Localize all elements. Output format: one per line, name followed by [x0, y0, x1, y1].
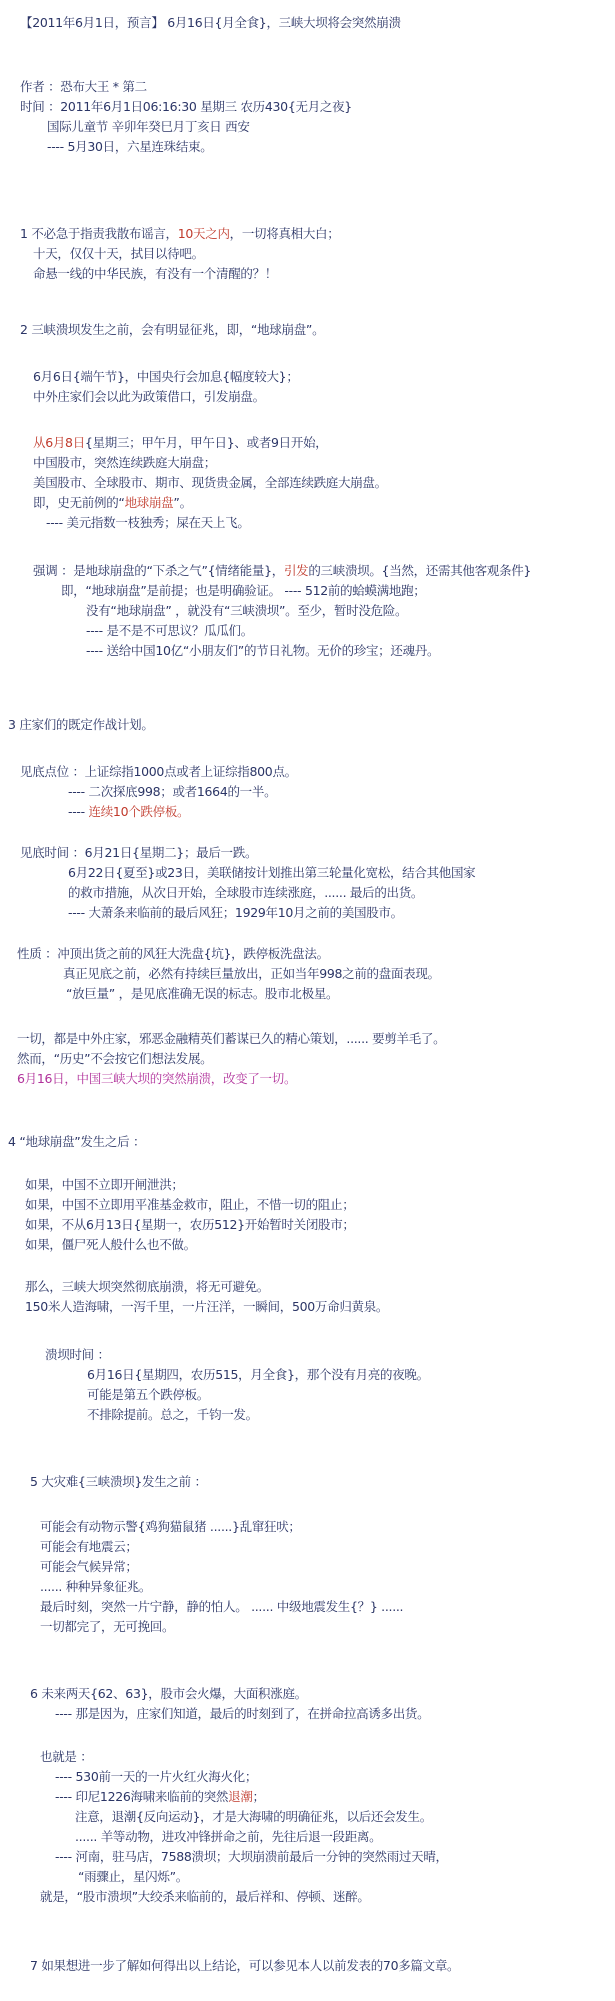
highlight-ebb-tide: 退潮 — [228, 1789, 252, 1804]
section-3-line: 然而，“历史”不会按它们想法发展。 — [17, 1050, 212, 1068]
section-5-line: 可能会气候异常； — [40, 1558, 138, 1576]
section-1-line: 十天，仅仅十天，拭目以待吧。 — [33, 245, 204, 263]
note-line: ---- 5月30日，六星连珠结束。 — [47, 138, 212, 156]
highlight-trigger: 引发 — [284, 563, 308, 578]
section-6-line: “雨骤止，星闪烁”。 — [78, 1868, 188, 1886]
highlight-dam-collapse: 6月16日，中国三峡大坝的突然崩溃，改变了一切。 — [17, 1070, 296, 1088]
emphasis-line: 即，“地球崩盘”是前提；也是明确验证。 ---- 512前的蛤蟆满地跑； — [61, 582, 426, 600]
emphasis-line: ---- 是不是不可思议？瓜瓜们。 — [86, 622, 253, 640]
section-2-line: 从6月8日{星期三；甲午月，甲午日}、或者9日开始， — [33, 434, 327, 452]
section-4-line: 如果，不从6月13日{星期一，农历512}开始暂时关闭股市； — [25, 1216, 355, 1234]
section-6-line: ---- 530前一天的一片火红火海火化； — [55, 1768, 257, 1786]
section-3-line: 见底时间 ：6月21日{星期二}；最后一跌。 — [20, 844, 257, 862]
section-3-line: “放巨量” ，是见底准确无误的标志。股市北极星。 — [66, 985, 338, 1003]
section-3-line: 的救市措施，从次日开始，全球股市连续涨庭，...... 最后的出货。 — [68, 884, 423, 902]
section-3-line: 见底点位 ：上证综指1000点或者上证综指800点。 — [20, 763, 297, 781]
section-7-heading: 7 如果想进一步了解如何得出以上结论，可以参见本人以前发表的70多篇文章。 — [30, 1957, 459, 1975]
text-span: ---- — [68, 804, 89, 819]
section-4-line: 6月16日{星期四，农历515，月全食}，那个没有月亮的夜晚。 — [87, 1366, 429, 1384]
section-6-heading: 6 未来两天{62、63}，股市会火爆，大面积涨庭。 — [30, 1685, 307, 1703]
section-4-line: 如果，中国不立即开闸泄洪； — [25, 1176, 184, 1194]
text-span: {星期三；甲午月，甲午日}、或者9日开始， — [85, 435, 328, 450]
text-span: 强调 ：是地球崩盘的“下杀之气”{情绪能量}， — [33, 563, 284, 578]
section-6-line: ...... 羊等动物，进攻冲锋拼命之前，先往后退一段距离。 — [75, 1828, 381, 1846]
section-3-line: 性质 ：冲顶出货之前的风狂大洗盘{坑}，跌停板洗盘法。 — [17, 945, 329, 963]
section-4-line: 如果，中国不立即用平准基金救市，阻止，不惜一切的阻止； — [25, 1196, 354, 1214]
section-2-line: 即，史无前例的“地球崩盘”。 — [33, 494, 192, 512]
text-span: ”。 — [173, 495, 191, 510]
section-4-line: 那么，三峡大坝突然彻底崩溃，将无可避免。 — [25, 1278, 269, 1296]
text-span: 即，史无前例的“ — [33, 495, 125, 510]
author-line: 作者 ：恐布大王 * 第二 — [20, 78, 147, 96]
section-4-line: 150米人造海啸，一泻千里，一片汪洋，一瞬间，500万命归黄泉。 — [25, 1298, 388, 1316]
section-3-line: 真正见底之前，必然有持续巨量放出，正如当年998之前的盘面表现。 — [63, 965, 440, 983]
section-5-line: 可能会有地震云； — [40, 1538, 138, 1556]
section-2-line: 中外庄家们会以此为政策借口，引发崩盘。 — [33, 388, 265, 406]
section-5-line: 最后时刻，突然一片宁静，静的怕人。 ...... 中级地震发生{？} .....… — [40, 1598, 403, 1616]
section-6-line: ---- 河南，驻马店，7588溃坝；大坝崩溃前最后一分钟的突然雨过天晴， — [55, 1848, 448, 1866]
section-2-line: 6月6日{端午节}，中国央行会加息{幅度较大}； — [33, 368, 299, 386]
section-4-line: 如果，僵尸死人般什么也不做。 — [25, 1236, 196, 1254]
section-5-line: ...... 种种异象征兆。 — [40, 1578, 151, 1596]
section-4-heading: 4 “地球崩盘”发生之后 ： — [8, 1133, 145, 1151]
section-6-line: ---- 那是因为，庄家们知道，最后的时刻到了，在拼命拉高诱多出货。 — [55, 1705, 429, 1723]
emphasis-line: 强调 ：是地球崩盘的“下杀之气”{情绪能量}，引发的三峡溃坝。{当然，还需其他客… — [33, 562, 531, 580]
section-6-line: 也就是 ： — [40, 1748, 92, 1766]
section-3-line: ---- 大萧条来临前的最后风狂；1929年10月之前的美国股市。 — [68, 904, 403, 922]
text-span: ，一切将真相大白； — [230, 226, 340, 241]
section-6-line: 注意，退潮{反向运动}，才是大海啸的明确征兆，以后还会发生。 — [75, 1808, 432, 1826]
section-3-heading: 3 庄家们的既定作战计划。 — [8, 716, 154, 734]
section-4-line: 溃坝时间 ： — [45, 1346, 110, 1364]
section-2-line: 中国股市，突然连续跌庭大崩盘； — [33, 454, 216, 472]
page-title: 【2011年6月1日，预言】 6月16日{月全食}，三峡大坝将会突然崩溃 — [20, 14, 401, 32]
highlight-earth-crash: 地球崩盘 — [125, 495, 174, 510]
highlight-10-days: 10天之内 — [178, 226, 230, 241]
text-span: 的三峡溃坝。{当然，还需其他客观条件} — [308, 563, 531, 578]
time-line: 时间 ：2011年6月1日06:16:30 星期三 农历430{无月之夜} — [20, 98, 352, 116]
emphasis-line: 没有“地球崩盘” ，就没有“三峡溃坝”。至少，暂时没危险。 — [86, 602, 407, 620]
section-5-heading: 5 大灾难{三峡溃坝}发生之前 ： — [30, 1473, 207, 1491]
section-6-line: 就是，“股市溃坝”大绞杀来临前的，最后祥和、停顿、迷醉。 — [40, 1888, 370, 1906]
highlight-june-8: 从6月8日 — [33, 435, 85, 450]
section-1-heading: 1 不必急于指责我散布谣言，10天之内，一切将真相大白； — [20, 225, 339, 243]
section-1-line: 命悬一线的中华民族，有没有一个清醒的？！ — [33, 265, 277, 283]
section-3-line: ---- 连续10个跌停板。 — [68, 803, 189, 821]
section-4-line: 可能是第五个跌停板。 — [87, 1386, 209, 1404]
section-3-line: ---- 二次探底998；或者1664的一半。 — [68, 783, 276, 801]
section-4-line: 不排除提前。总之，千钧一发。 — [87, 1406, 258, 1424]
section-2-line: 美国股市、全球股市、期市、现货贵金属，全部连续跌庭大崩盘。 — [33, 474, 387, 492]
section-6-line: ---- 印尼1226海啸来临前的突然退潮； — [55, 1788, 265, 1806]
section-5-line: 一切都完了，无可挽回。 — [40, 1618, 174, 1636]
text-span: ； — [253, 1789, 265, 1804]
highlight-10-limit-down: 连续10个跌停板。 — [89, 804, 190, 819]
section-3-line: 6月22日{夏至}或23日，美联储按计划推出第三轮量化宽松，结合其他国家 — [68, 864, 475, 882]
section-3-line: 一切，都是中外庄家，邪恶金融精英们蓄谋已久的精心策划，...... 要剪羊毛了。 — [17, 1030, 445, 1048]
section-5-line: 可能会有动物示警{鸡狗猫鼠猪 ......}乱窜狂吠； — [40, 1518, 301, 1536]
festival-line: 国际儿童节 辛卯年癸巳月丁亥日 西安 — [47, 118, 250, 136]
emphasis-line: ---- 送给中国10亿“小朋友们”的节日礼物。无价的珍宝；还魂丹。 — [86, 642, 439, 660]
section-2-heading: 2 三峡溃坝发生之前，会有明显征兆，即，“地球崩盘”。 — [20, 321, 324, 339]
text-span: ---- 印尼1226海啸来临前的突然 — [55, 1789, 228, 1804]
section-2-line: ---- 美元指数一枝独秀；屎在天上飞。 — [46, 514, 250, 532]
text-span: 1 不必急于指责我散布谣言， — [20, 226, 178, 241]
